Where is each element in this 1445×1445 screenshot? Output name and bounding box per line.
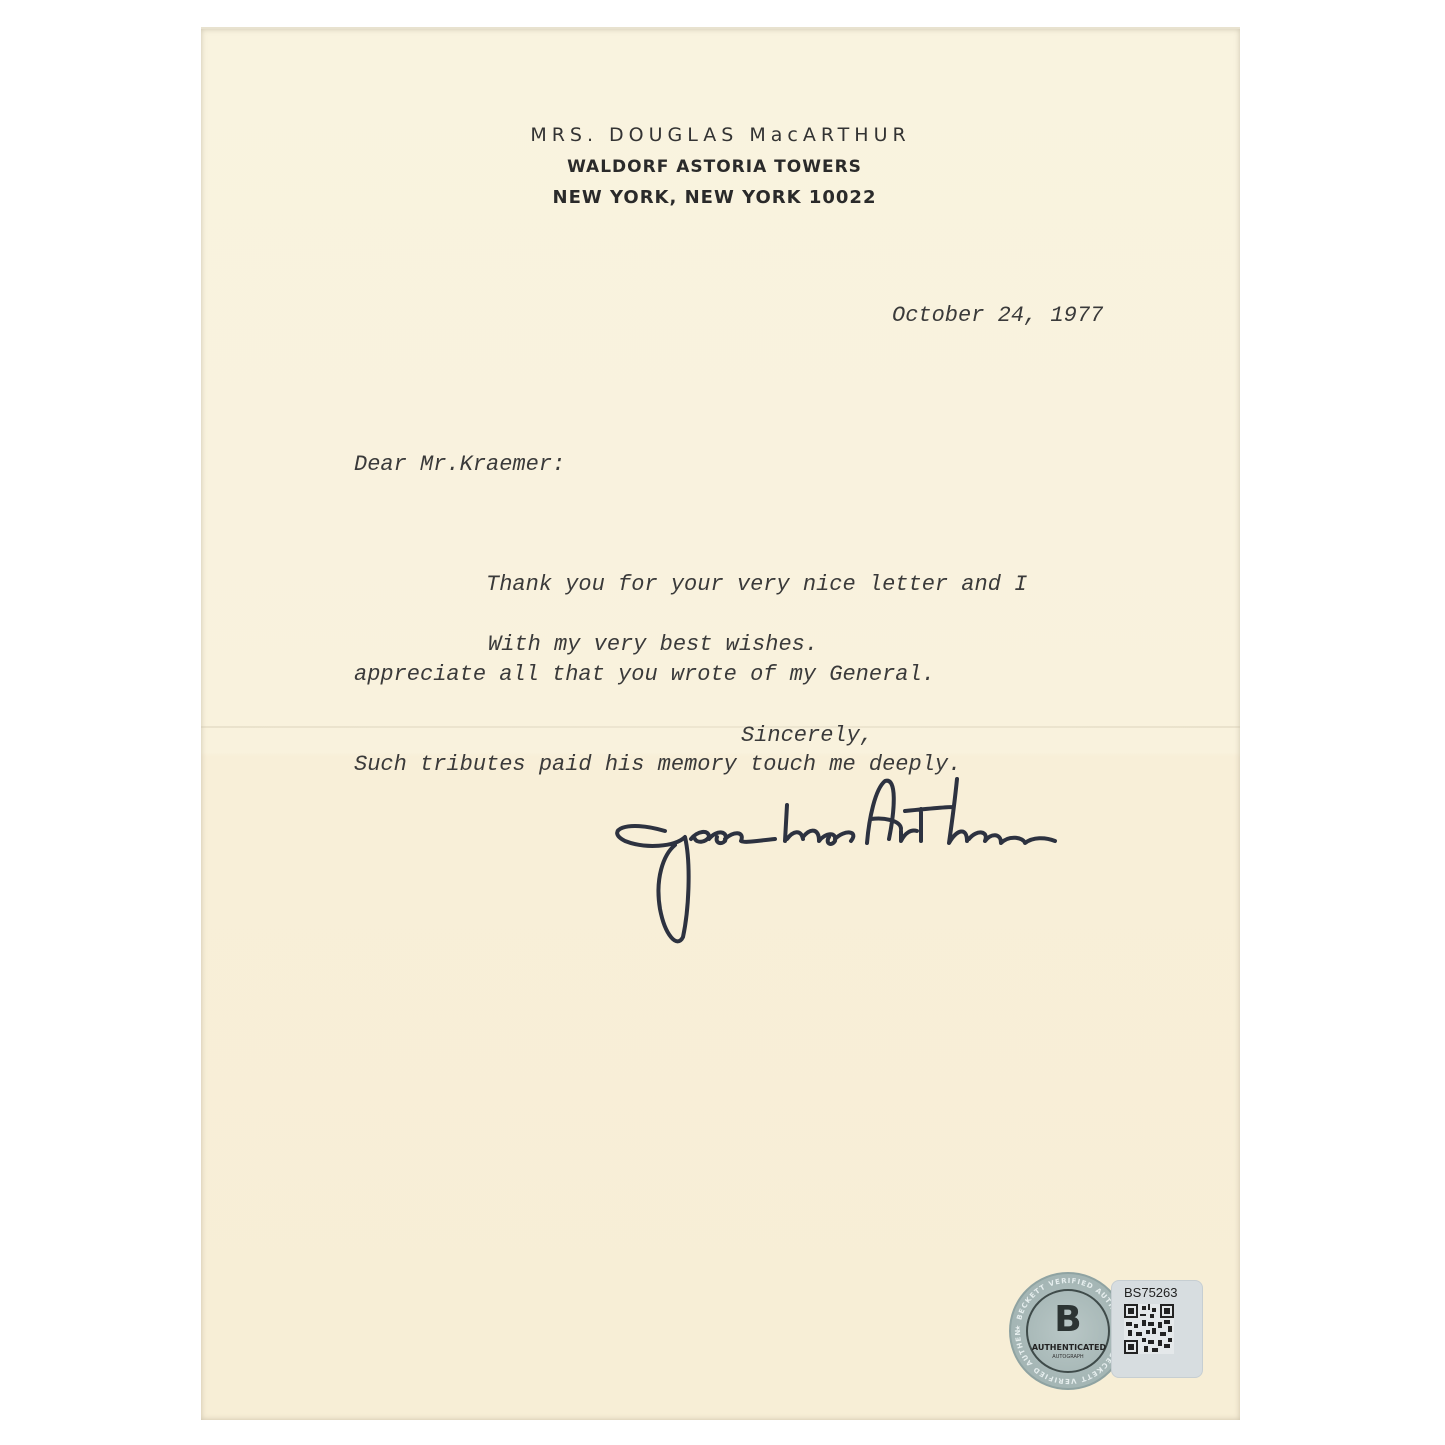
seal-authenticated-text: AUTHENTICATED xyxy=(1024,1343,1114,1352)
certificate-id: BS75263 xyxy=(1124,1285,1178,1300)
letter-salutation: Dear Mr.Kraemer: xyxy=(354,450,565,480)
authentication-sticker: ★ BECKETT VERIFIED AUTHENTIC ★ BECKETT V… xyxy=(1009,1272,1199,1390)
letter-date: October 24, 1977 xyxy=(892,301,1103,331)
letterhead-address-line1: WALDORF ASTORIA TOWERS xyxy=(195,157,1234,177)
letter-paper: MRS. DOUGLAS MacARTHUR WALDORF ASTORIA T… xyxy=(201,27,1240,1420)
seal-autograph-text: AUTOGRAPH xyxy=(1028,1354,1108,1360)
beckett-logo-icon: B xyxy=(1028,1299,1108,1340)
body-line: appreciate all that you wrote of my Gene… xyxy=(354,660,1027,690)
letterhead-name: MRS. DOUGLAS MacARTHUR xyxy=(201,124,1240,146)
certificate-label: BS75263 xyxy=(1111,1280,1203,1378)
letter-closing-wish: With my very best wishes. xyxy=(488,630,818,660)
qr-code-icon xyxy=(1124,1303,1174,1355)
letter-closing: Sincerely, xyxy=(741,721,873,751)
body-line: Thank you for your very nice letter and … xyxy=(354,570,1027,600)
seal-center: B AUTHENTICATED AUTOGRAPH xyxy=(1026,1289,1110,1373)
handwritten-signature xyxy=(605,759,1165,959)
hologram-seal: ★ BECKETT VERIFIED AUTHENTIC ★ BECKETT V… xyxy=(1009,1272,1127,1390)
letterhead-address-line2: NEW YORK, NEW YORK 10022 xyxy=(195,187,1234,208)
